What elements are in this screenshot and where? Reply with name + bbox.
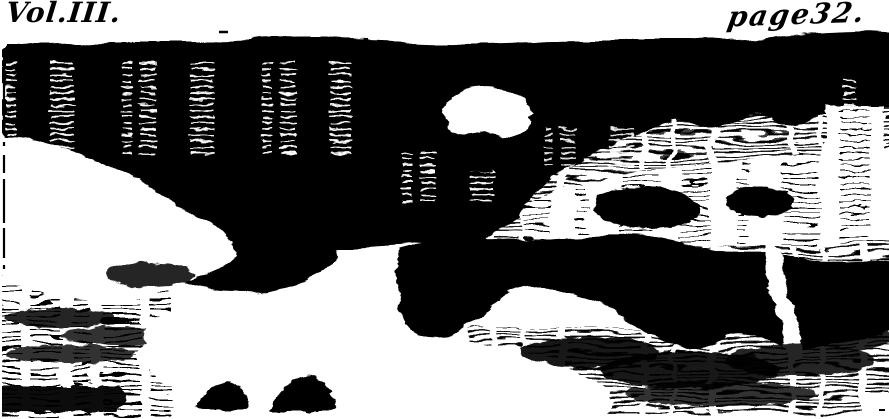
highlight-streaks-upper-left [6, 62, 351, 157]
dark-cloudlet-c [726, 187, 794, 217]
volume-label: Vol.III. [4, 0, 123, 29]
left-strip-cluster-d [5, 345, 135, 363]
bottom-right-cluster-e [812, 326, 889, 350]
left-corner-dark-patch [0, 386, 126, 412]
left-strip-cluster-a [105, 263, 195, 287]
white-cloud-right-column [826, 106, 884, 228]
bottom-right-cluster-d [625, 382, 815, 406]
engraving-plate [0, 0, 889, 419]
page-number-label: page32. [725, 0, 869, 34]
plate-content [0, 31, 889, 419]
highlight-streaks-mid [545, 128, 635, 168]
book-page-scan: Vol.III. page32. [0, 0, 889, 419]
dark-cloudlet-a [442, 132, 514, 172]
left-strip-cluster-b [5, 308, 115, 328]
bottom-right-fade [864, 392, 889, 419]
